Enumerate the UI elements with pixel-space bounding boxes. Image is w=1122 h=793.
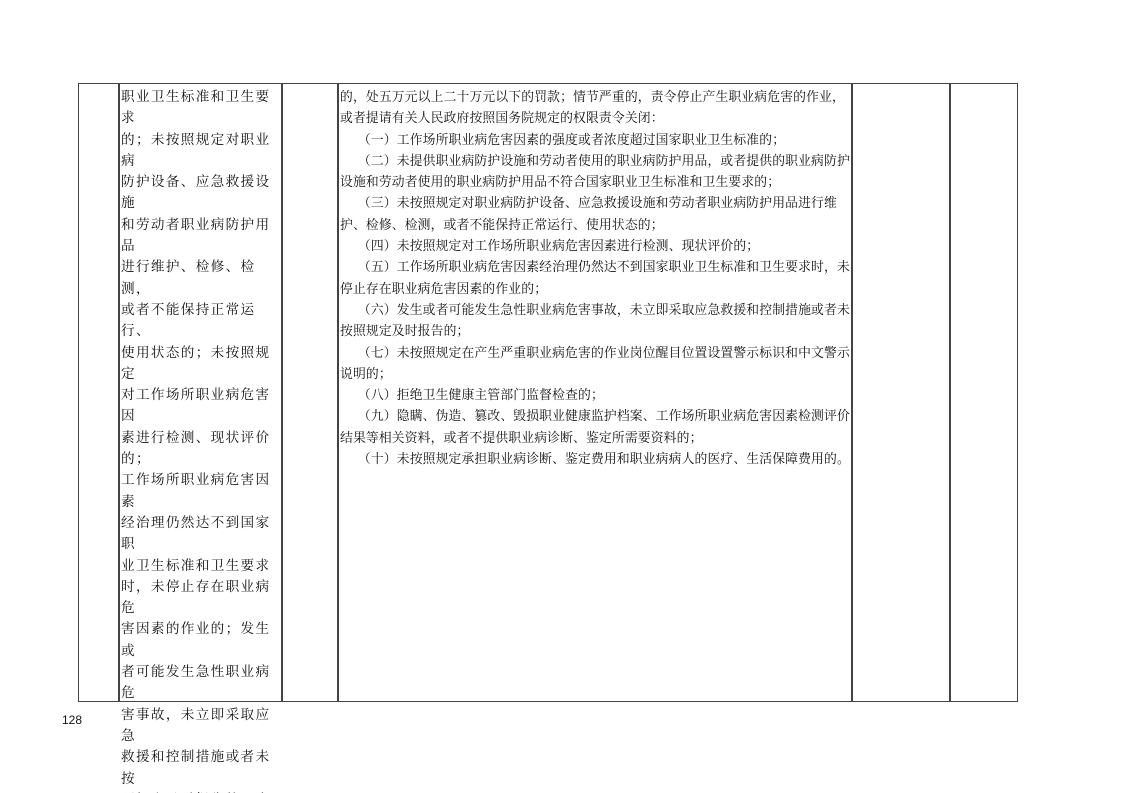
provision-item-9: （九）隐瞒、伪造、篡改、毁损职业健康监护档案、工作场所职业病危害因素检测评价结果… [340, 406, 850, 449]
provision-item-2: （二）未提供职业病防护设施和劳动者使用的职业病防护用品，或者提供的职业病防护设施… [340, 151, 850, 194]
regulation-table: 职业卫生标准和卫生要求 的；未按照规定对职业病 防护设备、应急救援设施 和劳动者… [78, 83, 1018, 702]
provision-item-3: （三）未按照规定对职业病防护设备、应急救援设施和劳动者职业病防护用品进行维护、检… [340, 193, 850, 236]
provision-item-10: （十）未按照规定承担职业病诊断、鉴定费用和职业病病人的医疗、生活保障费用的。 [340, 449, 850, 470]
table-cell-violation: 职业卫生标准和卫生要求 的；未按照规定对职业病 防护设备、应急救援设施 和劳动者… [119, 84, 282, 701]
provision-item-4: （四）未按照规定对工作场所职业病危害因素进行检测、现状评价的； [340, 236, 850, 257]
provision-item-6: （六）发生或者可能发生急性职业病危害事故，未立即采取应急救援和控制措施或者未按照… [340, 300, 850, 343]
provision-intro: 的，处五万元以上二十万元以下的罚款；情节严重的，责令停止产生职业病危害的作业，或… [340, 87, 850, 130]
table-cell-empty [950, 84, 1016, 701]
provision-item-5: （五）工作场所职业病危害因素经治理仍然达不到国家职业卫生标准和卫生要求时，未停止… [340, 257, 850, 300]
provision-item-7: （七）未按照规定在产生严重职业病危害的作业岗位醒目位置设置警示标识和中文警示说明… [340, 343, 850, 386]
table-cell-index [79, 84, 118, 701]
page-number: 128 [62, 713, 82, 727]
provision-item-1: （一）工作场所职业病危害因素的强度或者浓度超过国家职业卫生标准的； [340, 130, 850, 151]
table-cell-empty [852, 84, 949, 701]
table-cell-empty [282, 84, 337, 701]
table-cell-penalty-provision: 的，处五万元以上二十万元以下的罚款；情节严重的，责令停止产生职业病危害的作业，或… [338, 84, 852, 701]
provision-item-8: （八）拒绝卫生健康主管部门监督检查的； [340, 385, 850, 406]
